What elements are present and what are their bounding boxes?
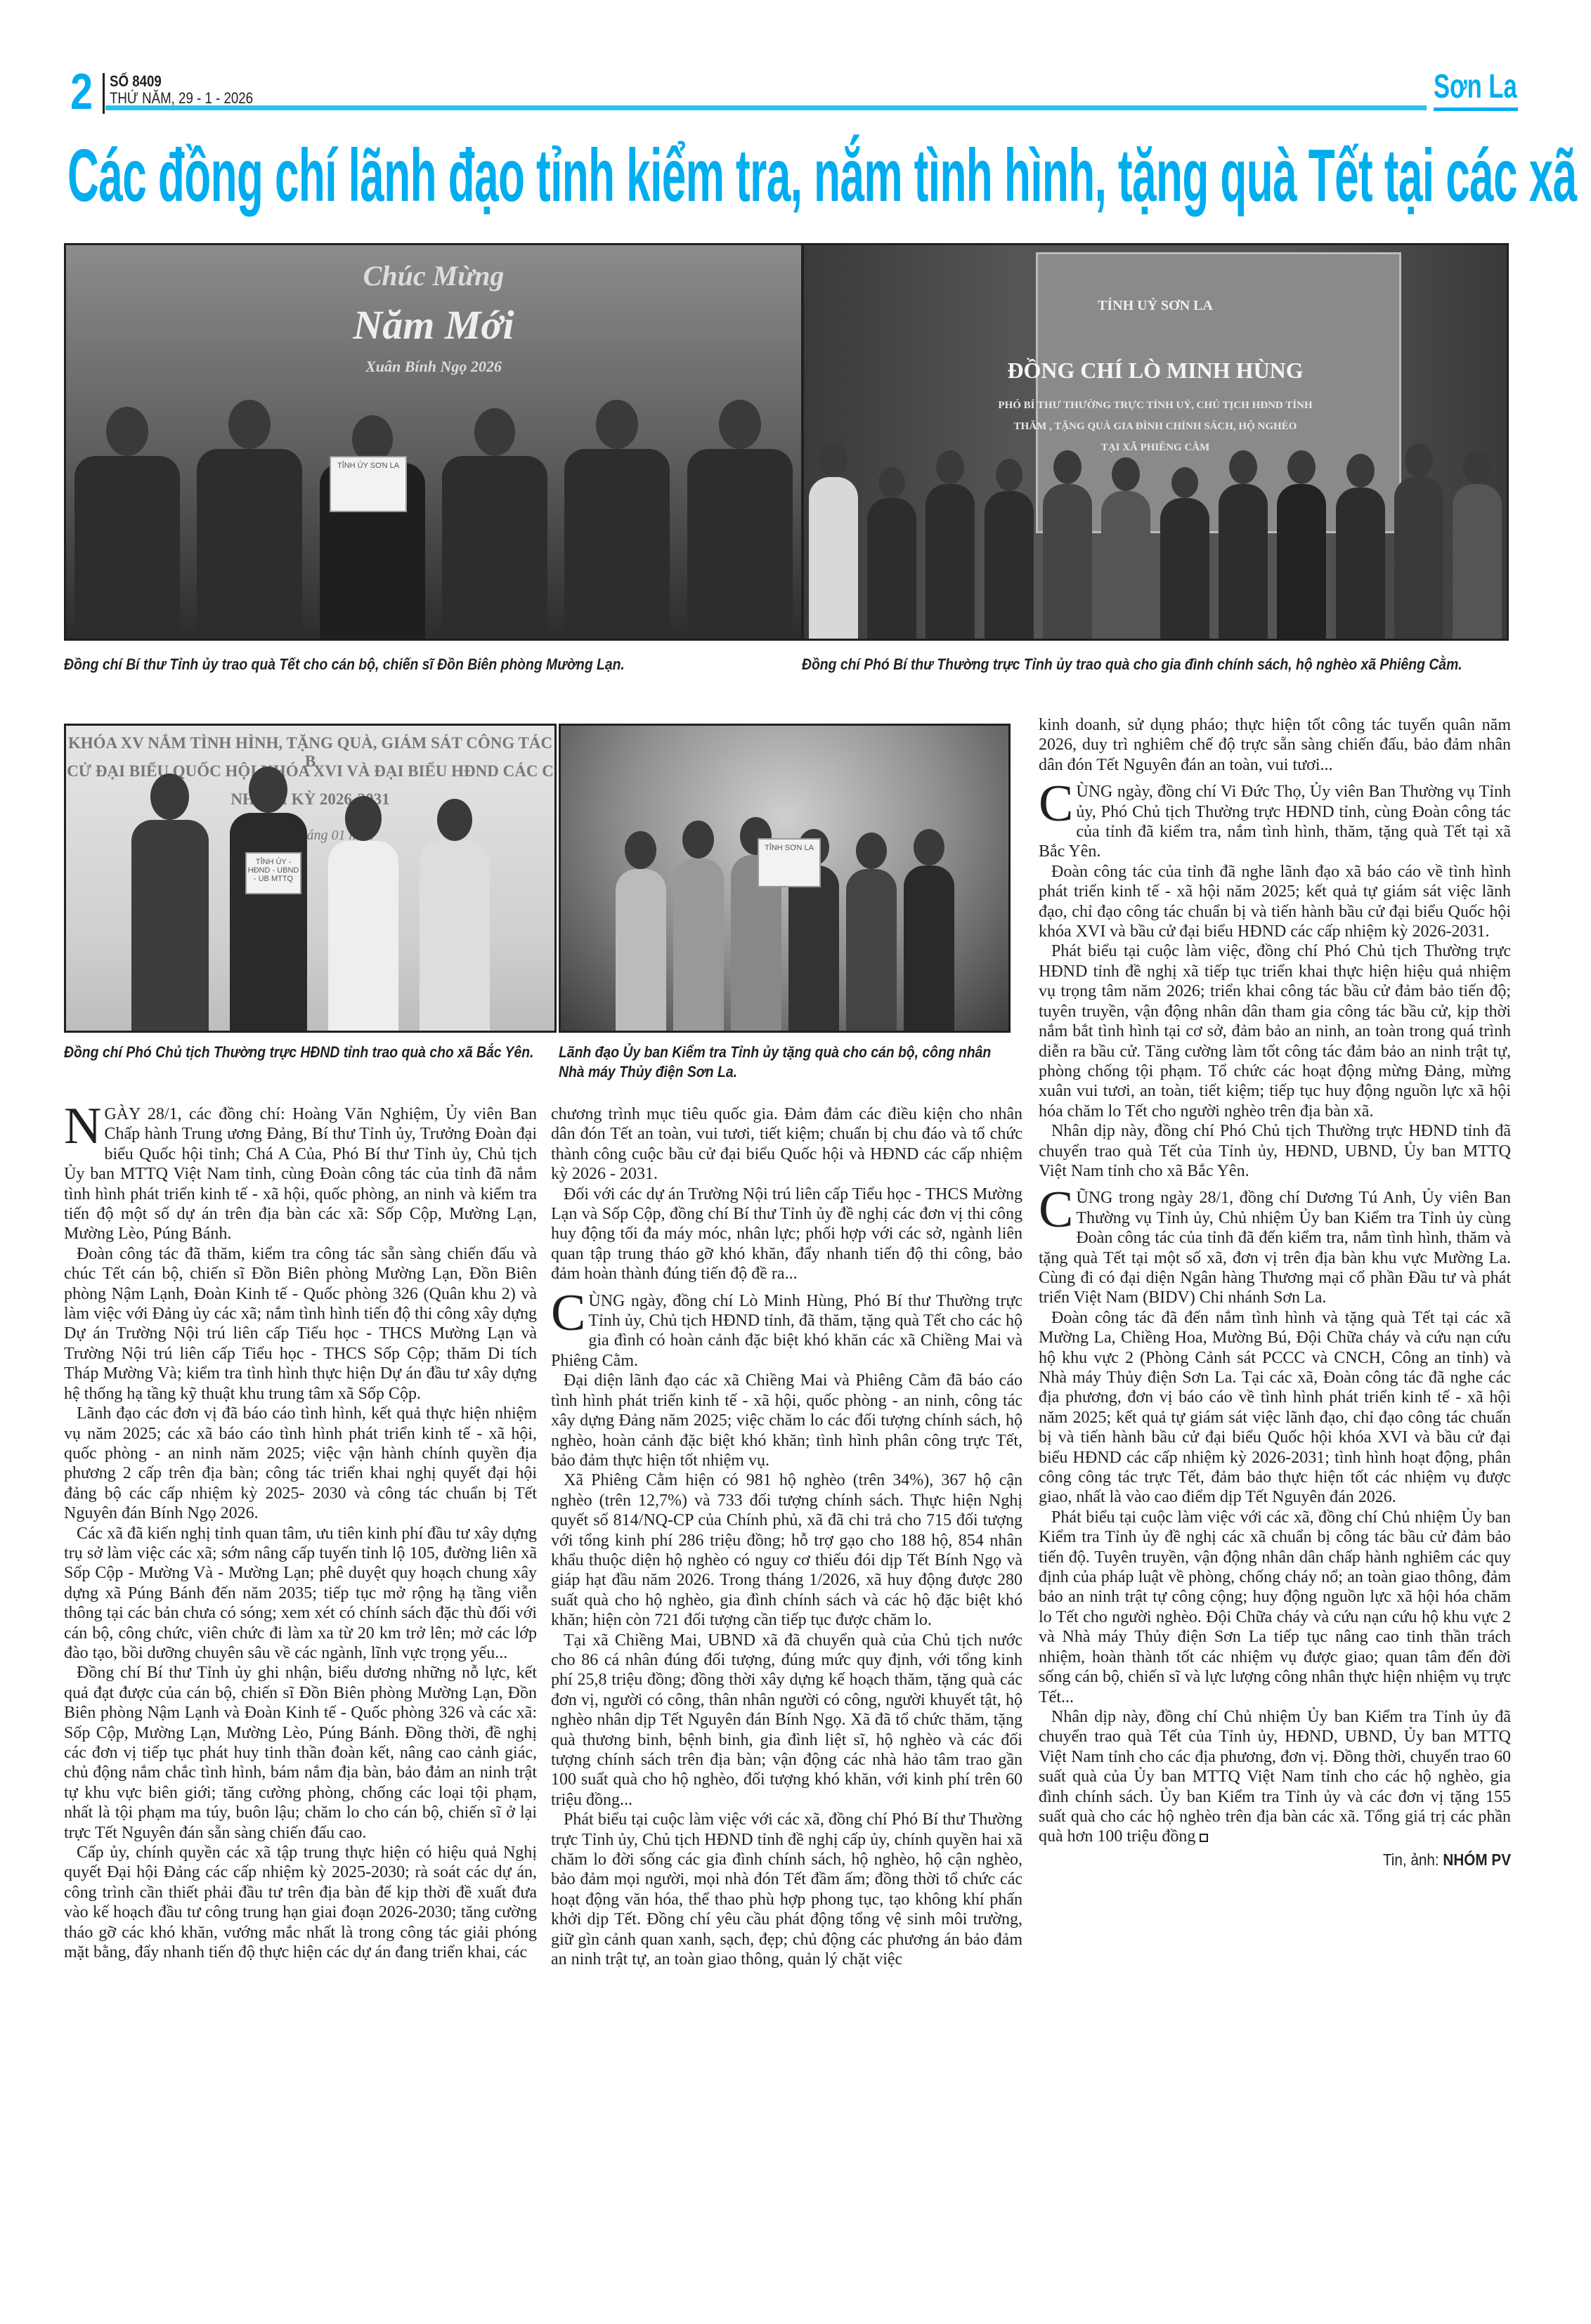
- photo-caption: Đồng chí Phó Bí thư Thường trực Tỉnh ủy …: [802, 655, 1513, 674]
- article-paragraph: Cấp ủy, chính quyền các xã tập trung thự…: [64, 1843, 537, 1962]
- article-paragraph: Phát biểu tại cuộc làm việc, đồng chí Ph…: [1039, 941, 1511, 1121]
- photo-banner-line: Chúc Mừng: [66, 259, 801, 292]
- article-paragraph: Nhân dịp này, đồng chí Chủ nhiệm Ủy ban …: [1039, 1707, 1511, 1847]
- article-paragraph: Đối với các dự án Trường Nội trú liên cấ…: [551, 1184, 1022, 1284]
- photo-banner-line: Năm Mới: [66, 301, 801, 348]
- article-paragraph: CÙNG ngày, đồng chí Vi Đức Thọ, Ủy viên …: [1039, 782, 1511, 862]
- article-paragraph: NGÀY 28/1, các đồng chí: Hoàng Văn Nghiệ…: [64, 1104, 537, 1244]
- article-paragraph: CÙNG ngày, đồng chí Lò Minh Hùng, Phó Bí…: [551, 1291, 1022, 1371]
- byline-label: Tin, ảnh:: [1383, 1850, 1439, 1869]
- gift-box: TỈNH SƠN LA: [758, 838, 821, 887]
- byline-author: NHÓM PV: [1443, 1850, 1511, 1869]
- photo-people: [66, 400, 801, 639]
- section-name: Sơn La: [1434, 69, 1517, 105]
- gift-box: TỈNH ỦY SƠN LA: [330, 456, 407, 512]
- photo-border-guard-gift: Chúc Mừng Năm Mới Xuân Bính Ngọ 2026 TỈN…: [64, 243, 803, 641]
- photo-banner-line: Xuân Bính Ngọ 2026: [66, 358, 801, 376]
- photo-people: [804, 443, 1507, 639]
- issue-number: SỐ 8409: [110, 73, 253, 90]
- dropcap: C: [1039, 1188, 1073, 1229]
- header-rule: [105, 105, 1427, 110]
- article-paragraph: chương trình mục tiêu quốc gia. Đảm đảm …: [551, 1104, 1022, 1184]
- article-column-1: NGÀY 28/1, các đồng chí: Hoàng Văn Nghiệ…: [64, 1104, 537, 1962]
- photo-caption: Lãnh đạo Ủy ban Kiểm tra Tỉnh ủy tặng qu…: [559, 1043, 1010, 1082]
- photo-caption: Đồng chí Phó Chủ tịch Thường trực HĐND t…: [64, 1043, 552, 1062]
- header-divider: [103, 73, 105, 114]
- article-paragraph: Các xã đã kiến nghị tỉnh quan tâm, ưu ti…: [64, 1524, 537, 1664]
- dropcap: C: [551, 1291, 585, 1332]
- article-paragraph: kinh doanh, sử dụng pháo; thực hiện tốt …: [1039, 715, 1511, 775]
- article-paragraph: Nhân dịp này, đồng chí Phó Chủ tịch Thườ…: [1039, 1121, 1511, 1181]
- article-paragraph: CŨNG trong ngày 28/1, đồng chí Dương Tú …: [1039, 1188, 1511, 1307]
- article-paragraph: Phát biểu tại cuộc làm việc với các xã, …: [551, 1810, 1022, 1969]
- issue-info: SỐ 8409 THỨ NĂM, 29 - 1 - 2026: [110, 73, 253, 107]
- gift-box: TỈNH ỦY - HĐND - UBND - UB MTTQ: [245, 852, 301, 894]
- article-paragraph: Đồng chí Bí thư Tỉnh ủy ghi nhận, biểu d…: [64, 1663, 537, 1843]
- photo-banner-line: PHÓ BÍ THƯ THƯỜNG TRỰC TỈNH UỶ, CHỦ TỊCH…: [804, 400, 1507, 412]
- article-paragraph: Phát biểu tại cuộc làm việc với các xã, …: [1039, 1508, 1511, 1707]
- photo-banner-line: TỈNH UỶ SƠN LA: [804, 298, 1507, 314]
- issue-date: THỨ NĂM, 29 - 1 - 2026: [110, 90, 253, 107]
- article-paragraph: Xã Phiêng Cằm hiện có 981 hộ nghèo (trên…: [551, 1470, 1022, 1630]
- article-paragraph: Đoàn công tác của tỉnh đã nghe lãnh đạo …: [1039, 862, 1511, 942]
- article-paragraph: Đại diện lãnh đạo các xã Chiềng Mai và P…: [551, 1371, 1022, 1470]
- photo-bac-yen-gift: KHÓA XV NẮM TÌNH HÌNH, TẶNG QUÀ, GIÁM SÁ…: [64, 724, 557, 1033]
- byline: Tin, ảnh: NHÓM PV: [1086, 1850, 1511, 1869]
- photo-phieng-cam-gift: TỈNH UỶ SƠN LA ĐỒNG CHÍ LÒ MINH HÙNG PHÓ…: [802, 243, 1509, 641]
- article-paragraph: Đoàn công tác đã thăm, kiểm tra công tác…: [64, 1244, 537, 1404]
- article-column-2: chương trình mục tiêu quốc gia. Đảm đảm …: [551, 1104, 1022, 1969]
- photo-hydropower-gift: TỈNH SƠN LA: [559, 724, 1011, 1033]
- dropcap: C: [1039, 782, 1073, 823]
- photo-banner-line: ĐỒNG CHÍ LÒ MINH HÙNG: [804, 358, 1507, 384]
- photo-caption: Đồng chí Bí thư Tỉnh ủy trao quà Tết cho…: [64, 655, 806, 674]
- article-column-3: kinh doanh, sử dụng pháo; thực hiện tốt …: [1039, 715, 1511, 1869]
- photo-banner-line: THĂM , TẶNG QUÀ GIA ĐÌNH CHÍNH SÁCH, HỘ …: [804, 421, 1507, 433]
- photo-people: [66, 766, 554, 1031]
- end-mark-icon: [1200, 1834, 1208, 1842]
- article-paragraph: Tại xã Chiềng Mai, UBND xã đã chuyển quà…: [551, 1631, 1022, 1810]
- article-headline: Các đồng chí lãnh đạo tỉnh kiểm tra, nắm…: [67, 132, 1577, 219]
- section-underline: [1434, 107, 1518, 111]
- article-paragraph: Đoàn công tác đã đến nắm tình hình và tặ…: [1039, 1308, 1511, 1508]
- dropcap: N: [64, 1104, 101, 1145]
- page-number: 2: [70, 70, 93, 114]
- article-paragraph: Lãnh đạo các đơn vị đã báo cáo tình hình…: [64, 1404, 537, 1523]
